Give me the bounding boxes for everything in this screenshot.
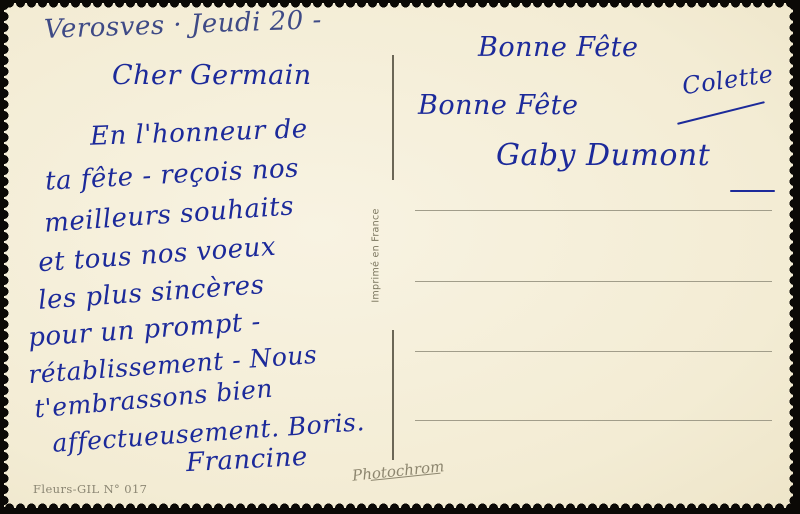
address-line-2 — [415, 281, 772, 282]
divider-line-top — [392, 55, 394, 180]
deckle-edge-right — [784, 0, 794, 514]
divider-line-bottom — [392, 330, 394, 460]
address-line-4 — [415, 420, 772, 421]
message-greeting: Cher Germain — [112, 60, 312, 91]
address-line-3 — [415, 351, 772, 352]
wish-1: Bonne Fête — [478, 32, 639, 63]
message-signature: Francine — [185, 442, 308, 478]
address-line-1 — [415, 210, 772, 211]
deckle-edge-left — [4, 0, 14, 514]
wish-2: Bonne Fête — [418, 90, 579, 121]
signer-2: Gaby Dumont — [496, 138, 710, 173]
signer-2-flourish — [730, 190, 775, 192]
imprint-text: Imprimé en France — [371, 191, 382, 321]
series-code: Fleurs-GIL N° 017 — [33, 482, 147, 496]
